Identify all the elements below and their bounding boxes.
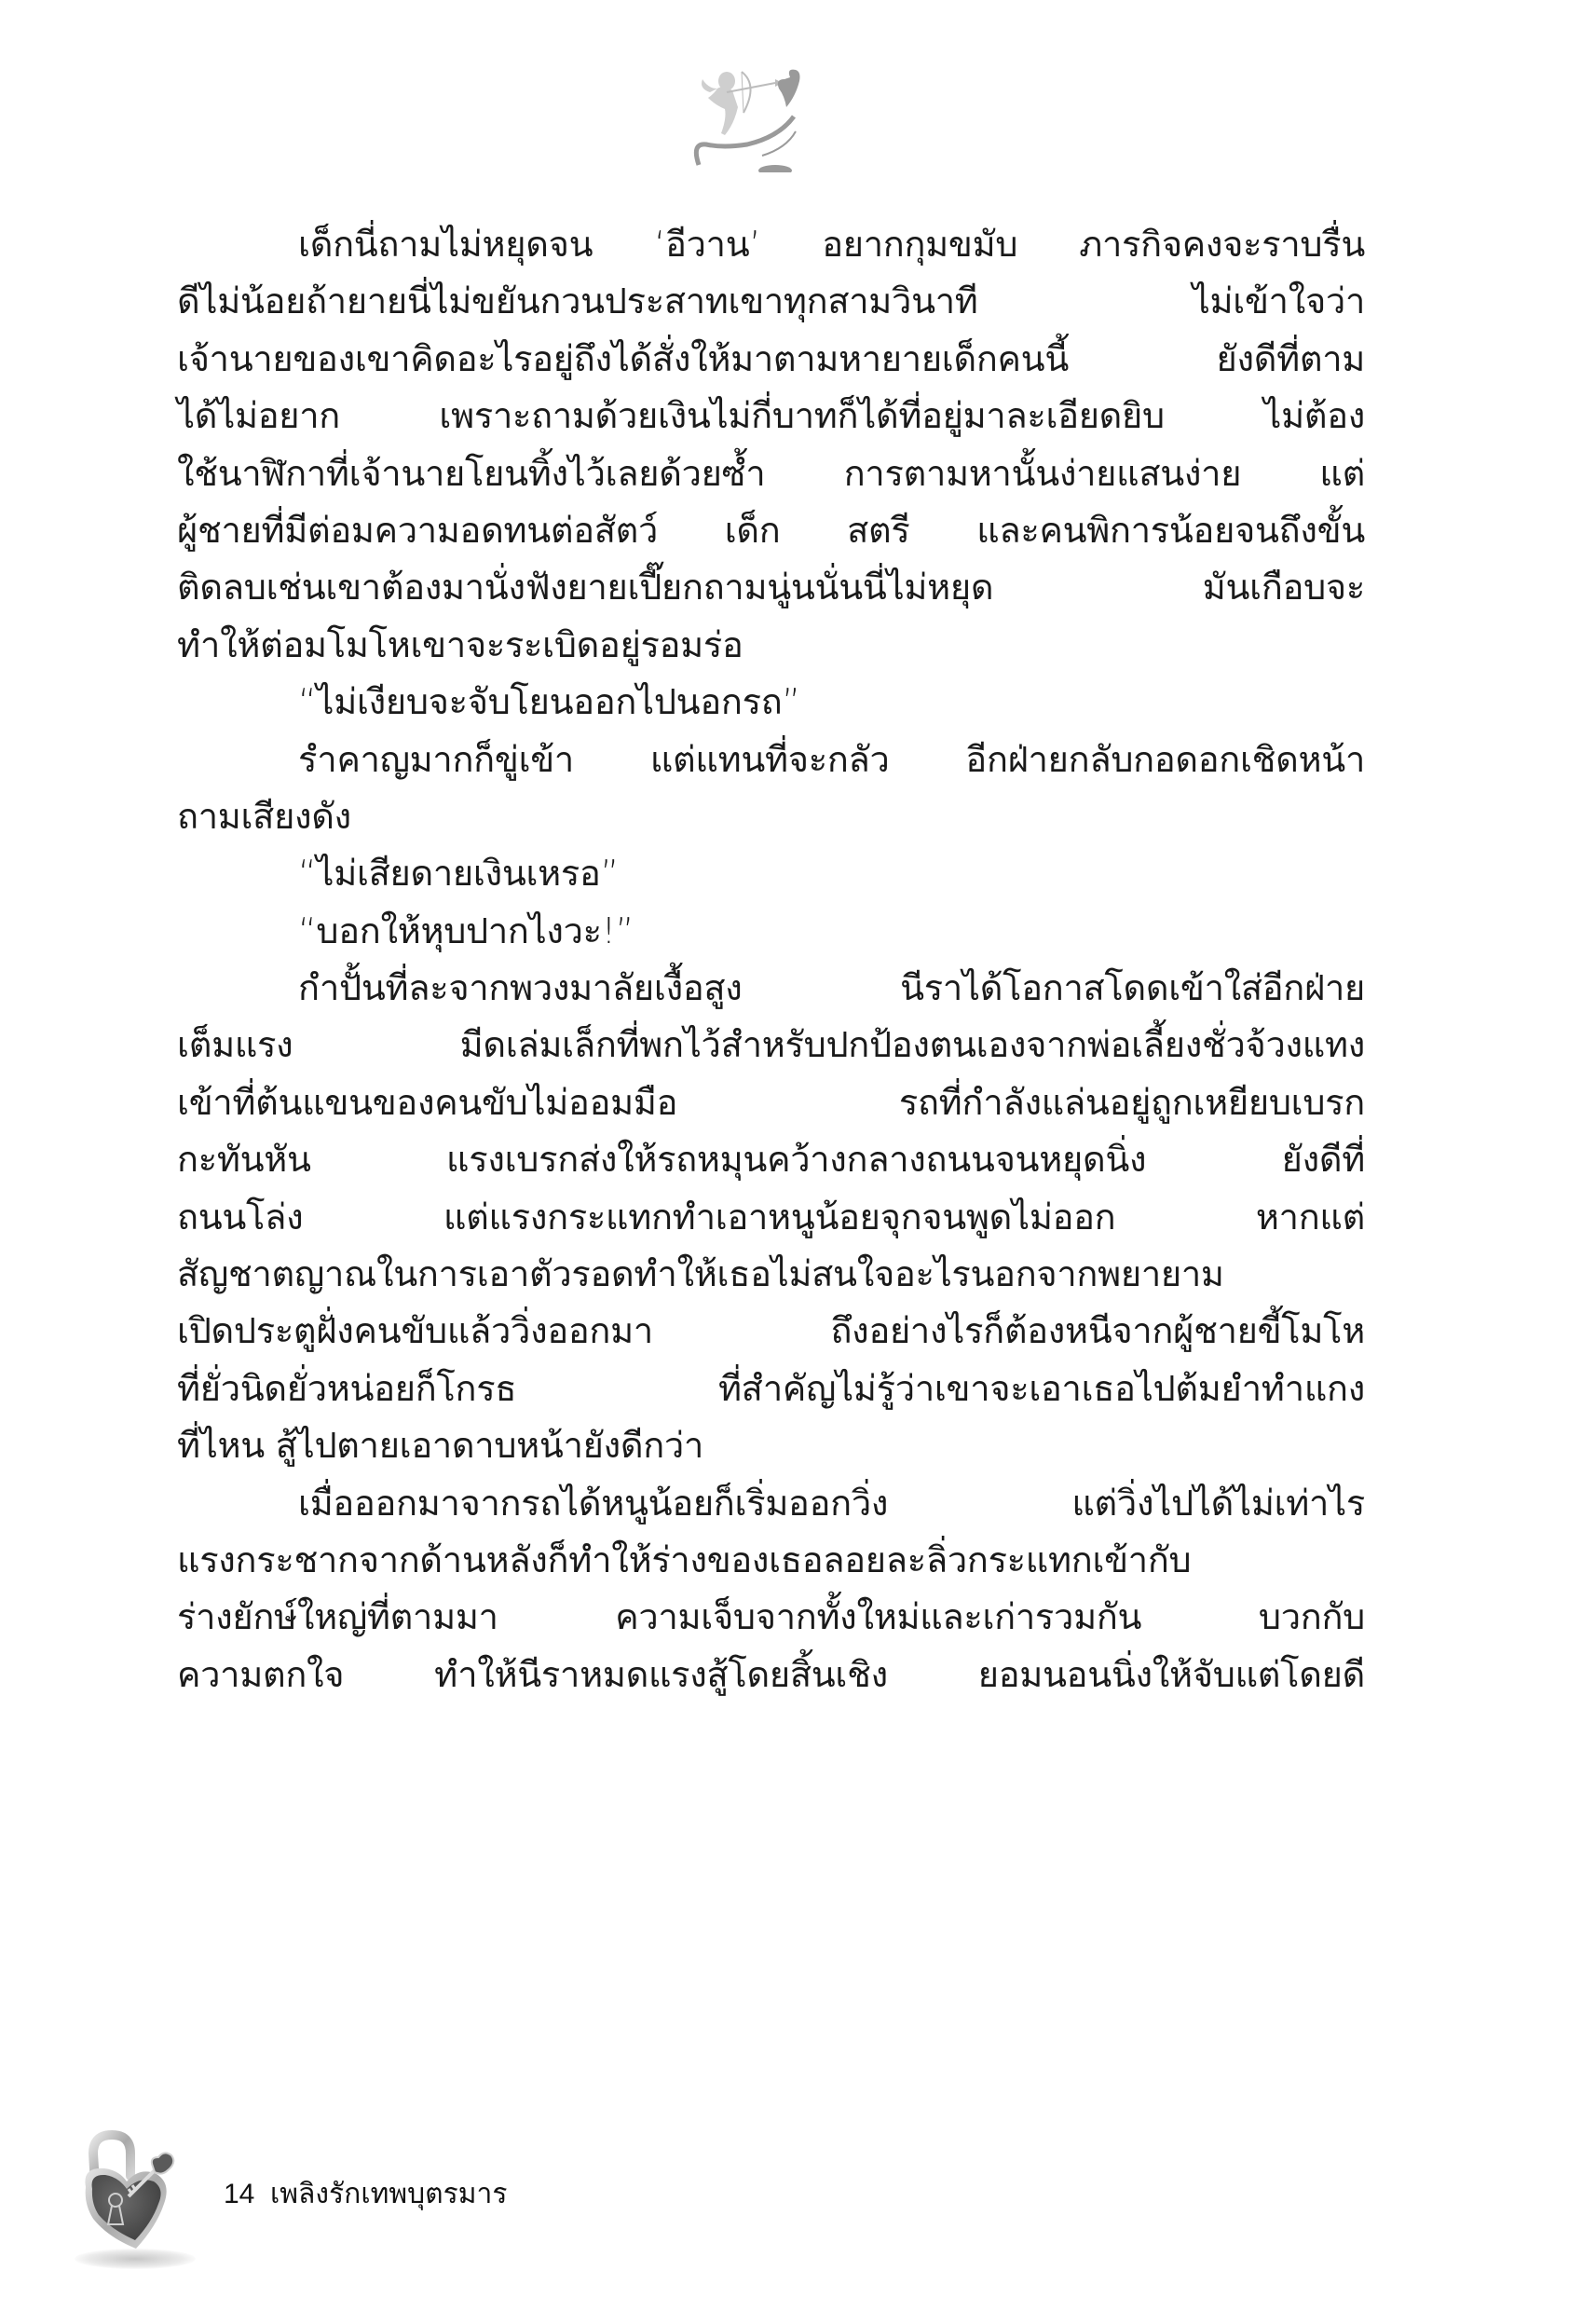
text-line: ทำให้ต่อมโมโหเขาจะระเบิดอยู่รอมร่อ: [177, 617, 1365, 674]
text-line: เด็กนี่ถามไม่หยุดจน ‘อีวาน’ อยากกุมขมับ …: [177, 216, 1365, 273]
text-line: ได้ไม่อยาก เพราะถามด้วยเงินไม่กี่บาทก็ได…: [177, 388, 1365, 444]
text-line: ดีไม่น้อยถ้ายายนี่ไม่ขยันกวนประสาทเขาทุก…: [177, 273, 1365, 330]
text-line: “ไม่เงียบจะจับโยนออกไปนอกรถ”: [177, 674, 1365, 731]
text-line: ที่ไหน สู้ไปตายเอาดาบหน้ายังดีกว่า: [177, 1417, 1365, 1474]
text-line: แรงกระชากจากด้านหลังก็ทำให้ร่างของเธอลอย…: [177, 1532, 1365, 1589]
text-line: ถนนโล่ง แต่แรงกระแทกทำเอาหนูน้อยจุกจนพูด…: [177, 1189, 1365, 1246]
text-line: กะทันหัน แรงเบรกส่งให้รถหมุนคว้างกลางถนน…: [177, 1131, 1365, 1188]
text-line: เปิดประตูฝั่งคนขับแล้ววิ่งออกมา ถึงอย่าง…: [177, 1303, 1365, 1360]
text-line: ที่ยั่วนิดยั่วหน่อยก็โกรธ ที่สำคัญไม่รู้…: [177, 1361, 1365, 1417]
text-line: ถามเสียงดัง: [177, 788, 1365, 845]
text-line: สัญชาตญาณในการเอาตัวรอดทำให้เธอไม่สนใจอะ…: [177, 1246, 1365, 1303]
page-number: 14: [224, 2176, 254, 2213]
text-line: เมื่อออกมาจากรถได้หนูน้อยก็เริ่มออกวิ่ง …: [177, 1475, 1365, 1532]
heart-padlock-key-icon: [75, 2129, 177, 2255]
text-line: ติดลบเช่นเขาต้องมานั่งฟังยายเปี๊ยกถามนู่…: [177, 559, 1365, 616]
cupid-genie-lamp-icon: [689, 51, 811, 172]
book-title: เพลิงรักเทพบุตรมาร: [270, 2176, 508, 2213]
cupid-lamp-ornament-icon: [689, 51, 811, 172]
text-line: ความตกใจ ทำให้นีราหมดแรงสู้โดยสิ้นเชิง ย…: [177, 1647, 1365, 1703]
text-line: กำปั้นที่ละจากพวงมาลัยเงื้อสูง นีราได้โอ…: [177, 960, 1365, 1017]
text-line: เจ้านายของเขาคิดอะไรอยู่ถึงได้สั่งให้มาต…: [177, 331, 1365, 388]
text-line: เข้าที่ต้นแขนของคนขับไม่ออมมือ รถที่กำลั…: [177, 1074, 1365, 1131]
text-line: “ไม่เสียดายเงินเหรอ”: [177, 845, 1365, 902]
text-line: เต็มแรง มีดเล่มเล็กที่พกไว้สำหรับปกป้องต…: [177, 1017, 1365, 1073]
text-line: รำคาญมากก็ขู่เข้า แต่แทนที่จะกลัว อีกฝ่า…: [177, 732, 1365, 788]
text-line: ร่างยักษ์ใหญ่ที่ตามมา ความเจ็บจากทั้งใหม…: [177, 1589, 1365, 1646]
text-line: “บอกให้หุบปากไงวะ!”: [177, 903, 1365, 960]
lock-shadow: [75, 2249, 196, 2269]
body-text: เด็กนี่ถามไม่หยุดจน ‘อีวาน’ อยากกุมขมับ …: [177, 216, 1365, 1703]
text-line: ผู้ชายที่มีต่อมความอดทนต่อสัตว์ เด็ก สตร…: [177, 502, 1365, 559]
page-footer: 14 เพลิงรักเทพบุตรมาร: [75, 2129, 727, 2278]
text-line: ใช้นาฬิกาที่เจ้านายโยนทิ้งไว้เลยด้วยซ้ำ …: [177, 445, 1365, 502]
